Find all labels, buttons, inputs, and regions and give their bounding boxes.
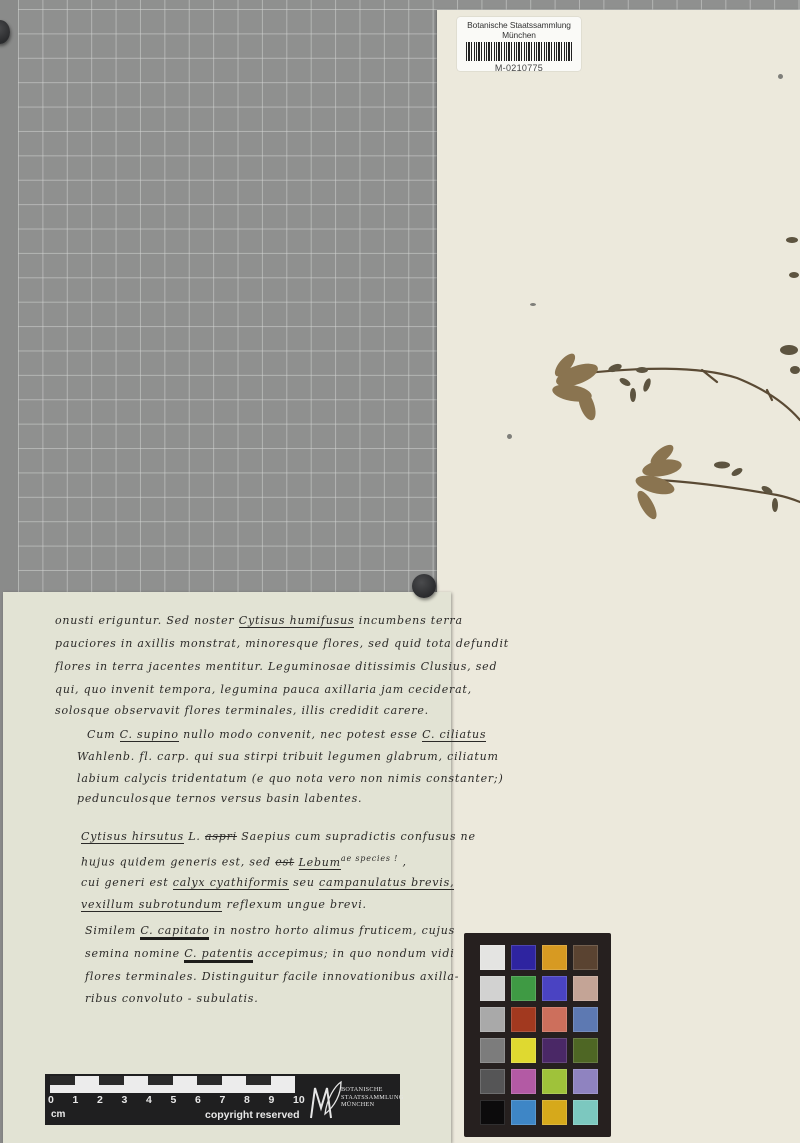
ruler-tick-label: 2 — [97, 1094, 103, 1106]
color-patch — [573, 1007, 598, 1032]
color-patch — [511, 945, 536, 970]
ruler-tick-label: 0 — [48, 1094, 54, 1106]
ruler-tick-label: 8 — [244, 1094, 250, 1106]
manuscript-line: pauciores in axillis monstrat, minoresqu… — [55, 637, 509, 650]
color-patch — [573, 945, 598, 970]
magnet-note-holder — [412, 574, 436, 598]
color-patch — [511, 1069, 536, 1094]
color-patch — [480, 1069, 505, 1094]
color-patch — [542, 976, 567, 1001]
ruler-tick-label: 10 — [293, 1094, 305, 1106]
underlined-taxon: Cytisus humifusus — [239, 614, 355, 628]
color-patch — [542, 1007, 567, 1032]
manuscript-line: cui generi est calyx cyathiformis seu ca… — [81, 876, 454, 889]
underlined-taxon: C. supino — [120, 728, 179, 742]
ruler-segment — [75, 1076, 100, 1085]
color-patch — [480, 976, 505, 1001]
ruler-tick-label: 9 — [269, 1094, 275, 1106]
ruler-tick-label: 3 — [122, 1094, 128, 1106]
color-patch — [542, 1069, 567, 1094]
color-patch — [573, 1069, 598, 1094]
manuscript-line: labium calycis tridentatum (e quo nota v… — [77, 772, 504, 785]
manuscript-line: qui, quo invenit tempora, legumina pauca… — [55, 683, 472, 696]
underlined-phrase: calyx cyathiformis — [173, 876, 289, 890]
manuscript-line: semina nomine C. patentis accepimus; in … — [85, 947, 455, 960]
manuscript-line: pedunculosque ternos versus basin labent… — [77, 792, 362, 805]
color-patch — [480, 1100, 505, 1125]
struck-word: est — [275, 856, 294, 869]
scale-bar: 012345678910 cm copyright reserved BOTAN… — [45, 1074, 400, 1125]
manuscript-line: Cum C. supino nullo modo convenit, nec p… — [87, 728, 486, 741]
copyright-notice: copyright reserved — [205, 1109, 300, 1121]
underlined-taxon: C. ciliatus — [422, 728, 486, 742]
underlined-taxon: C. capitato — [140, 924, 209, 940]
color-patch — [511, 976, 536, 1001]
manuscript-line: Cytisus hirsutus L. aspri Saepius cum su… — [81, 830, 476, 843]
struck-word: aspri — [205, 830, 237, 843]
underlined-taxon: Cytisus hirsutus — [81, 830, 184, 844]
ruler-segment — [99, 1076, 124, 1085]
ruler — [50, 1076, 295, 1093]
manuscript-line: flores terminales. Distinguitur facile i… — [85, 970, 459, 983]
manuscript-line: vexillum subrotundum reflexum ungue brev… — [81, 898, 367, 911]
ruler-segment — [222, 1076, 247, 1085]
ruler-segment — [271, 1076, 296, 1085]
color-patch — [480, 1038, 505, 1063]
ruler-segment — [124, 1076, 149, 1085]
underlined-phrase: vexillum subrotundum — [81, 898, 222, 912]
ruler-segment — [197, 1076, 222, 1085]
ruler-tick-label: 4 — [146, 1094, 152, 1106]
color-patch — [511, 1007, 536, 1032]
inserted-annotation: ae species ! — [341, 854, 398, 863]
manuscript-line: ribus convoluto - subulatis. — [85, 992, 259, 1005]
ruler-tick-label: 5 — [171, 1094, 177, 1106]
ruler-segment — [246, 1076, 271, 1085]
manuscript-line: Wahlenb. fl. carp. qui sua stirpi tribui… — [77, 750, 499, 763]
color-patch — [573, 1100, 598, 1125]
color-patch — [542, 1038, 567, 1063]
ruler-tick-label: 1 — [73, 1094, 79, 1106]
color-patch — [511, 1100, 536, 1125]
ruler-tick-label: 6 — [195, 1094, 201, 1106]
manuscript-line: hujus quidem generis est, sed est Lebuma… — [81, 854, 407, 869]
ruler-segment — [50, 1076, 75, 1085]
color-patch — [480, 1007, 505, 1032]
color-patch — [542, 945, 567, 970]
manuscript-line: onusti eriguntur. Sed noster Cytisus hum… — [55, 614, 463, 627]
ruler-segment — [173, 1076, 198, 1085]
color-patch — [480, 945, 505, 970]
underlined-taxon: Lebum — [299, 856, 341, 870]
handwritten-manuscript-note: onusti eriguntur. Sed noster Cytisus hum… — [3, 592, 451, 1143]
pressed-plant-specimen — [437, 10, 800, 610]
color-patch — [511, 1038, 536, 1063]
color-patch — [573, 976, 598, 1001]
color-patch — [542, 1100, 567, 1125]
color-calibration-chart — [464, 933, 611, 1137]
manuscript-line: Similem C. capitato in nostro horto alim… — [85, 924, 455, 937]
color-patch — [573, 1038, 598, 1063]
manuscript-line: flores in terra jacentes mentitur. Legum… — [55, 660, 497, 673]
underlined-phrase: campanulatus brevis, — [319, 876, 454, 890]
ruler-tick-label: 7 — [220, 1094, 226, 1106]
underlined-taxon: C. patentis — [184, 947, 253, 963]
bsm-logo-text: BOTANISCHE STAATSSAMMLUNG MÜNCHEN — [341, 1086, 404, 1109]
scale-unit: cm — [51, 1109, 65, 1120]
manuscript-line: solosque observavit flores terminales, i… — [55, 704, 429, 717]
ruler-segment — [148, 1076, 173, 1085]
